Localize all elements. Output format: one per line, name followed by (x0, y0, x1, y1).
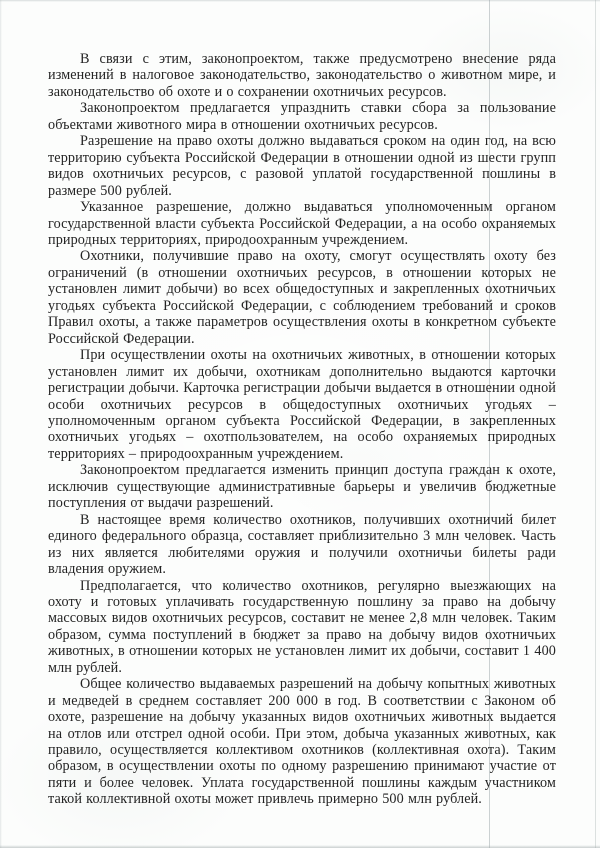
document-text-block: В связи с этим, законопроектом, также пр… (48, 51, 556, 808)
scan-edge-top (0, 0, 600, 2)
paragraph: В настоящее время количество охотников, … (48, 512, 556, 578)
paragraph: В связи с этим, законопроектом, также пр… (48, 51, 556, 100)
paragraph: Предполагается, что количество охотников… (48, 578, 556, 677)
paragraph: Общее количество выдаваемых разрешений н… (48, 676, 556, 808)
paragraph: Разрешение на право охоты должно выдават… (48, 133, 556, 199)
paragraph: Законопроектом предлагается изменить при… (48, 462, 556, 511)
scan-edge-left (0, 0, 2, 848)
paragraph: Указанное разрешение, должно выдаваться … (48, 199, 556, 248)
scanned-document-page: В связи с этим, законопроектом, также пр… (0, 0, 600, 848)
paragraph: Охотники, получившие право на охоту, смо… (48, 248, 556, 347)
paragraph: Законопроектом предлагается упразднить с… (48, 100, 556, 133)
scan-edge-right (595, 0, 596, 848)
paragraph: При осуществлении охоты на охотничьих жи… (48, 347, 556, 462)
